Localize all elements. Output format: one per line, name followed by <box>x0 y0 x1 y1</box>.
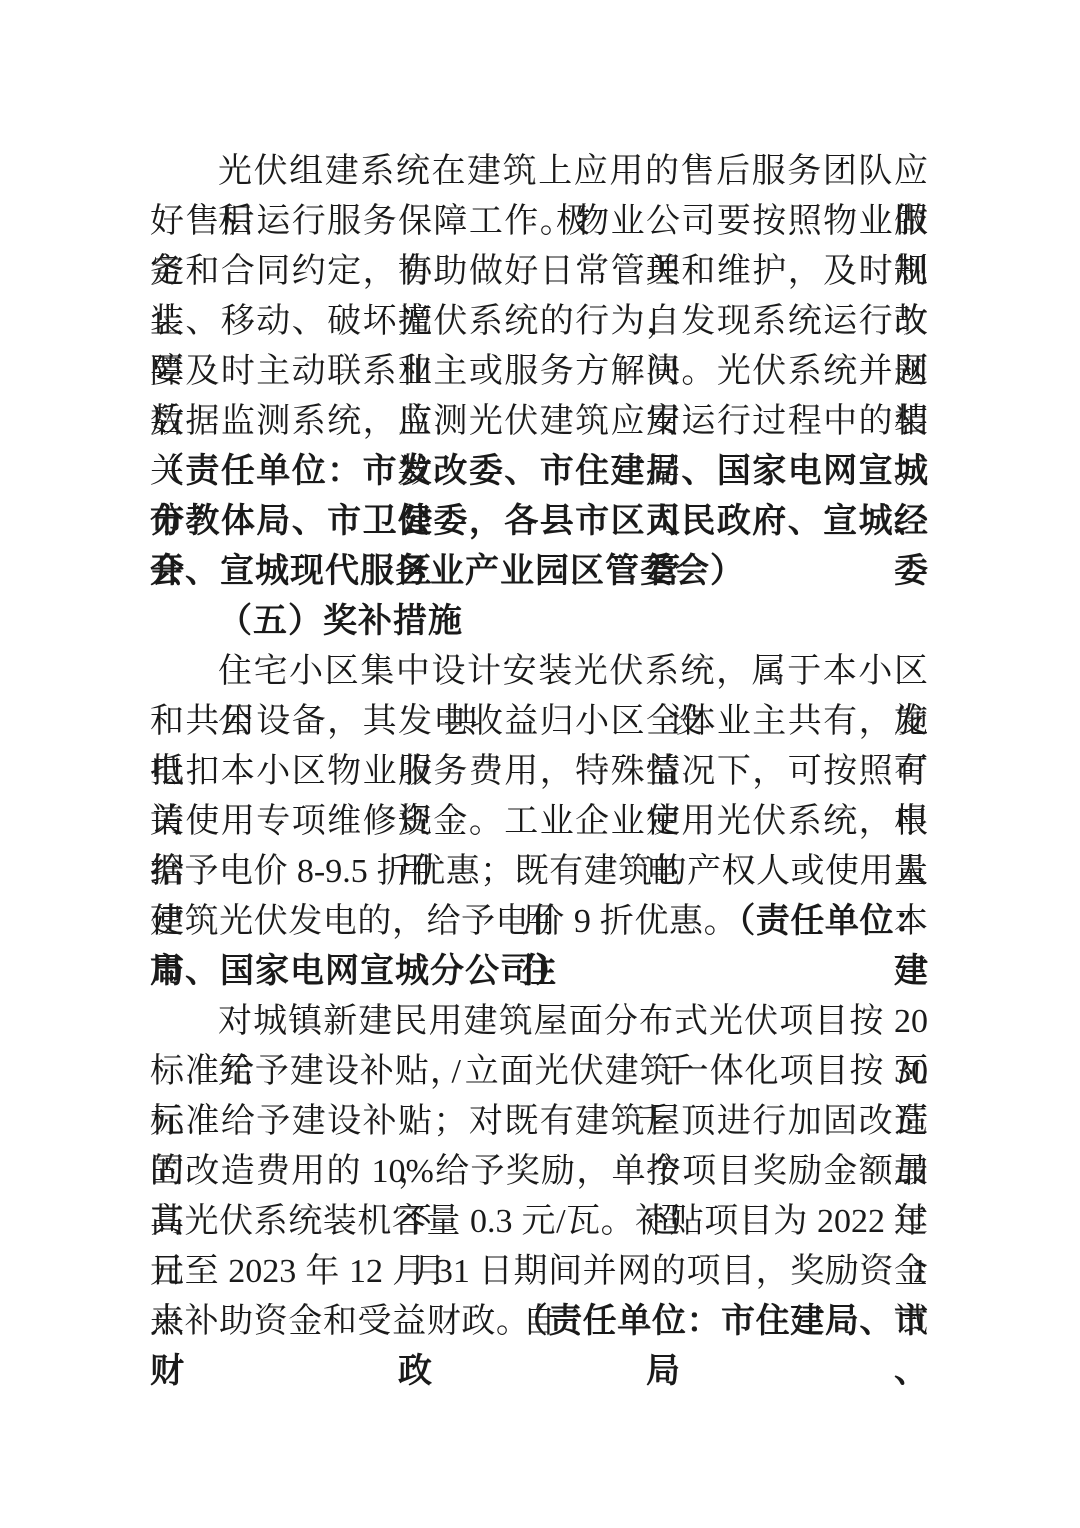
text-segment: 建筑光伏发电的，给予电价 9 折优惠。 <box>150 903 738 940</box>
text-line: （责任单位：市发改委、市住建局、国家电网宣城分公司、 <box>150 447 928 497</box>
bold-text-segment: （五）奖补措施 <box>218 603 463 640</box>
text-line: 对城镇新建民用建筑屋面分布式光伏项目按 20 元/千瓦 <box>150 997 928 1047</box>
document-body: 光伏组建系统在建筑上应用的售后服务团队应积极做好售后运行服务保障工作。物业公司要… <box>150 147 928 1347</box>
text-line: 数据监测系统，监测光伏建筑应用运行过程中的相关数据。 <box>150 397 928 447</box>
text-segment: 点补助资金和受益财政。 <box>150 1303 531 1340</box>
text-line: 标准给予建设补贴；对既有建筑屋顶进行加固改造的，按加 <box>150 1097 928 1147</box>
text-line: 要及时主动联系业主或服务方解决。光伏系统并网后应安装 <box>150 347 928 397</box>
text-line: 好售后运行服务保障工作。物业公司要按照物业服务有关规 <box>150 197 928 247</box>
text-line: 给予电价 8-9.5 折优惠；既有建筑的产权人或使用人使用本 <box>150 847 928 897</box>
text-line: 固改造费用的 10%给予奖励，单个项目奖励金额最高不超过 <box>150 1147 928 1197</box>
document-page: 光伏组建系统在建筑上应用的售后服务团队应积极做好售后运行服务保障工作。物业公司要… <box>0 0 1080 1528</box>
text-line: 市教体局、市卫健委，各县市区人民政府、宣城经开区管委 <box>150 497 928 547</box>
text-line: 光伏组建系统在建筑上应用的售后服务团队应积极做 <box>150 147 928 197</box>
text-line: 抵扣本小区物业服务费用，特殊情况下，可按照有关规定申 <box>150 747 928 797</box>
text-line: 日至 2023 年 12 月 31 日期间并网的项目，奖励资金来自试 <box>150 1247 928 1297</box>
text-line: 定和合同约定，协助做好日常管理和维护，及时制止擅自改 <box>150 247 928 297</box>
text-line: 住宅小区集中设计安装光伏系统，属于本小区公共设施 <box>150 647 928 697</box>
text-line: （五）奖补措施 <box>150 597 928 647</box>
text-line: 装、移动、破坏光伏系统的行为，发现系统运行故障和问题 <box>150 297 928 347</box>
text-line: 请使用专项维修资金。工业企业使用光伏系统，根据用电量 <box>150 797 928 847</box>
text-line: 标准给予建设补贴，立面光伏建筑一体化项目按 30 元/千瓦 <box>150 1047 928 1097</box>
text-line: 点补助资金和受益财政。（责任单位：市住建局、市财政局、 <box>150 1297 928 1347</box>
text-line: 其光伏系统装机容量 0.3 元/瓦。补贴项目为 2022 年元月 1 <box>150 1197 928 1247</box>
text-line: 建筑光伏发电的，给予电价 9 折优惠。（责任单位：市住建 <box>150 897 928 947</box>
bold-text-segment: 局、国家电网宣城分公司） <box>150 953 570 990</box>
text-line: 和共用设备，其发电收益归小区全体业主共有，发电收益可 <box>150 697 928 747</box>
bold-text-segment: 会、宣城现代服务业产业园区管委会） <box>150 553 745 590</box>
